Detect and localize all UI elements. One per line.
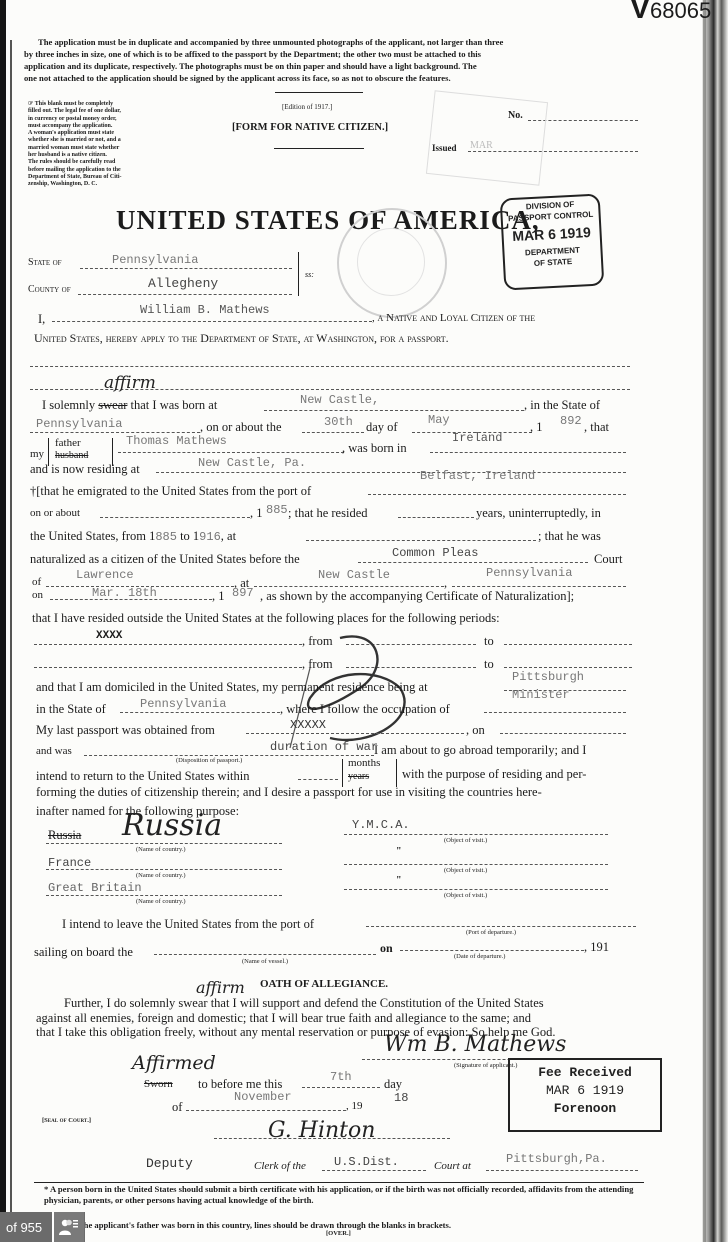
court-state-value: Pennsylvania [486, 566, 572, 580]
i-label: I, [38, 312, 45, 327]
instruction-line: one not attached to the application shou… [24, 72, 503, 84]
day-word: day [384, 1077, 402, 1092]
clerk-court-field [322, 1170, 426, 1171]
country-1-handwritten: Russia [122, 808, 222, 843]
sailing-text: sailing on board the [34, 945, 133, 960]
husband-struck: husband [55, 450, 88, 461]
stamp-date: MAR 6 1919 [503, 220, 600, 249]
deputy-label: Deputy [146, 1156, 193, 1171]
naturalization-date-value: Mar. 18th [92, 586, 157, 600]
name-of-country-label: (Name of country.) [136, 872, 186, 879]
emigration-year-value: 885 [266, 503, 288, 517]
intend-return-text: intend to return to the United States wi… [36, 769, 250, 784]
fee-received-stamp: Fee Received MAR 6 1919 Forenoon [508, 1058, 662, 1132]
that: , that [584, 420, 609, 435]
on-label: , on [466, 723, 485, 738]
stamp-date: MAR 6 1919 [510, 1082, 660, 1100]
footnote-1: * A person born in the United States sho… [44, 1184, 644, 1206]
occupation-value: Minister [512, 688, 570, 702]
scan-right-binding-line [703, 0, 706, 1242]
oath-affirm-handwritten: affirm [196, 978, 245, 997]
on-or-about: , on or about the [200, 420, 282, 435]
name-of-country-label: (Name of country.) [136, 898, 186, 905]
resided-to-value: 916 [199, 530, 221, 544]
on-text: on [32, 589, 43, 601]
footnote-2: † If the applicant's father was born in … [66, 1220, 451, 1230]
note-line: zenship, Washington, D. C. [28, 181, 122, 188]
blank-line [30, 366, 630, 367]
port-departure-field [366, 926, 636, 927]
instructions-top: The application must be in duplicate and… [24, 36, 503, 84]
abroad-text: I am about to go abroad temporarily; and… [374, 743, 586, 758]
bracket [294, 252, 299, 296]
applicant-name: William B. Mathews [140, 303, 270, 317]
country-field-3 [46, 895, 282, 896]
object-of-visit-label: (Object of visit.) [444, 867, 487, 874]
father-birthplace-field [430, 452, 626, 453]
residing-text: and is now residing at [30, 462, 140, 477]
and-was-text: and was [36, 745, 72, 757]
divider [275, 92, 363, 93]
year-19: , 19 [346, 1100, 363, 1112]
sworn-struck: Sworn [144, 1078, 173, 1090]
object-of-visit-label: (Object of visit.) [444, 892, 487, 899]
viewer-page-counter-bar: of 955 [0, 1212, 85, 1242]
county-field [78, 294, 292, 295]
note-line: in currency or postal money order, [28, 116, 122, 123]
day-of: day of [366, 420, 398, 435]
state-label: State of [28, 257, 62, 268]
last-passport-value: XXXXX [290, 718, 326, 732]
struck-text: swear [98, 398, 127, 412]
months-label: months [348, 757, 380, 769]
court-at: Court at [434, 1160, 471, 1172]
footnote-divider [34, 1182, 644, 1183]
court-city-field [254, 586, 444, 587]
he-was-text: ; that he was [538, 529, 601, 544]
object-3-value: " [396, 875, 402, 886]
to-label: to [484, 657, 494, 672]
my-label: my [30, 448, 44, 460]
naturalized-text: naturalized as a citizen of the United S… [30, 552, 300, 567]
return-period-field [298, 779, 338, 780]
object-field-3 [344, 889, 608, 890]
last-passport-field [246, 733, 464, 734]
edition-label: [Edition of 1917.] [282, 103, 332, 111]
object-field-2 [344, 864, 608, 865]
clerk-court-value: U.S.Dist. [334, 1155, 399, 1169]
outside-place-field-1 [34, 644, 302, 645]
sworn-month-field [186, 1110, 346, 1111]
year-prefix: , 1 [250, 506, 263, 521]
permanent-residence-value: Pittsburgh [512, 670, 584, 684]
stamp-text: Fee Received [510, 1064, 660, 1082]
scan-left-border [0, 0, 6, 1242]
static-text: to 1 [180, 529, 199, 543]
note-line: filled out. The legal fee of one dollar, [28, 108, 122, 115]
people-list-icon[interactable] [52, 1212, 84, 1242]
departure-date-field [400, 950, 584, 951]
country-field-2 [46, 869, 282, 870]
native-citizen-text: , a Native and Loyal Citizen of the [372, 312, 535, 324]
object-field-1 [344, 834, 608, 835]
note-line: whether she is married or not, and a [28, 137, 122, 144]
note-line: Department of State, Bureau of Citi- [28, 174, 122, 181]
birth-year-value: 892 [560, 414, 582, 428]
static-text: the United States, from 1 [30, 529, 155, 543]
note-line: married woman must state whether [28, 145, 122, 152]
country-3-value: Great Britain [48, 881, 142, 895]
clerk-location-field [486, 1170, 638, 1171]
instruction-line: application and its duplicate, respectiv… [24, 60, 503, 72]
static-text: , at [221, 529, 236, 543]
us-from-text: the United States, from 1885 to 1916, at [30, 529, 236, 544]
father-name-field [118, 452, 344, 453]
occupation-field [484, 712, 626, 713]
court-word: Court [594, 552, 622, 567]
state-value: Pennsylvania [112, 253, 198, 267]
court-county-value: Lawrence [76, 568, 134, 582]
birth-day-value: 30th [324, 415, 353, 429]
emigration-date-field [100, 517, 250, 518]
clerk-of-the: Clerk of the [254, 1160, 306, 1172]
note-line: The rules should be carefully read [28, 159, 122, 166]
side-notes: ☞ This blank must be completely filled o… [28, 101, 122, 189]
year-191: , 191 [584, 940, 609, 955]
instruction-line: The application must be in duplicate and… [24, 36, 503, 48]
object-1-value: Y.M.C.A. [352, 818, 410, 832]
in-state-of: , in the State of [524, 398, 600, 413]
residence-state-field [120, 712, 280, 713]
over-label: [OVER.] [326, 1230, 351, 1237]
duties-text: forming the duties of citizenship therei… [36, 785, 542, 800]
father-name-value: Thomas Mathews [126, 434, 227, 448]
state-field [80, 268, 292, 269]
name-of-country-label: (Name of country.) [136, 846, 186, 853]
to-field-2 [504, 667, 632, 668]
on-word: on [380, 941, 393, 956]
note-line: A woman's application must state [28, 130, 122, 137]
birthplace-value: New Castle, [300, 393, 379, 407]
birth-state-field [30, 432, 200, 433]
leave-text: I intend to leave the United States from… [62, 917, 314, 932]
clerk-location-value: Pittsburgh,Pa. [506, 1152, 607, 1166]
year-prefix: , 1 [212, 589, 225, 604]
note-line: ☞ This blank must be completely [28, 101, 122, 108]
sworn-day-value: 7th [330, 1070, 352, 1084]
ss-label: ss: [305, 270, 314, 279]
last-passport-text: My last passport was obtained from [36, 723, 215, 738]
vessel-field [154, 954, 376, 955]
county-label: County of [28, 284, 71, 295]
to-field-1 [504, 644, 632, 645]
disposition-field [84, 755, 374, 756]
year-prefix: , 1 [530, 420, 543, 435]
years-struck: years [348, 771, 369, 782]
father-birthplace-value: Ireland [452, 431, 502, 445]
father-label: father [55, 437, 81, 449]
disposition-label: (Disposition of passport.) [176, 757, 242, 764]
sworn-year-value: 18 [394, 1091, 408, 1105]
object-of-visit-label: (Object of visit.) [444, 837, 487, 844]
document-page: V68065 The application must be in duplic… [0, 0, 728, 1242]
object-2-value: " [396, 846, 402, 857]
on-or-about-2: on or about [30, 507, 80, 519]
note-line: must accompany the application. [28, 123, 122, 130]
country-2-value: France [48, 856, 91, 870]
embossed-seal-inner [357, 228, 425, 296]
serial-number: V68065 [630, 0, 711, 26]
naturalization-year-value: 897 [232, 586, 254, 600]
birthplace-field [264, 410, 524, 411]
outside-place-field-2 [34, 667, 302, 668]
oath-title: OATH OF ALLEGIANCE. [260, 978, 388, 990]
departure-date-label: (Date of departure.) [454, 953, 505, 960]
sworn-month-value: November [234, 1090, 292, 1104]
faint-department-stamp [426, 90, 548, 185]
last-passport-date-field [500, 733, 626, 734]
resided-from-value: 885 [155, 530, 177, 544]
of-text: of [32, 576, 41, 588]
static-text: that I was born at [131, 398, 218, 412]
affirmed-handwritten: Affirmed [132, 1052, 216, 1074]
passport-control-stamp: DIVISION OF PASSPORT CONTROL MAR 6 1919 … [500, 193, 605, 290]
residence-state-value: Pennsylvania [140, 697, 226, 711]
in-state-of-2: in the State of [36, 702, 106, 717]
was-born-in: , was born in [342, 441, 407, 456]
clerk-signature-field [214, 1138, 450, 1139]
oath-line-1: Further, I do solemnly swear that I will… [64, 996, 544, 1011]
years-text: years, uninterruptedly, in [476, 506, 601, 521]
stamp-text: Forenoon [510, 1100, 660, 1118]
scan-left-edge [10, 40, 12, 1240]
emigration-port-field [368, 494, 626, 495]
applicant-signature: Wm B. Mathews [384, 1032, 566, 1057]
document-title: UNITED STATES OF AMERICA, [116, 205, 540, 236]
birth-day-field [302, 432, 364, 433]
seal-label: [Seal of Court.] [42, 1117, 91, 1124]
static-text: I solemnly [42, 398, 95, 412]
sworn-day-field [302, 1087, 380, 1088]
emigrated-text: †[that he emigrated to the United States… [30, 484, 311, 499]
affirm-handwritten: affirm [104, 373, 156, 393]
name-field [52, 321, 372, 322]
occupation-text: , where I follow the occupation of [280, 702, 450, 717]
bracket [392, 759, 397, 787]
court-state-field [452, 586, 626, 587]
birth-month-value: May [428, 413, 450, 427]
court-city-value: New Castle [318, 568, 390, 582]
bracket [342, 759, 347, 787]
resided-at-field [306, 540, 536, 541]
court-field [358, 562, 588, 563]
resided-outside-text: that I have resided outside the United S… [32, 611, 500, 626]
to-label: to [484, 634, 494, 649]
emigration-port-value: Belfast, Ireland [420, 469, 535, 483]
domiciled-text: and that I am domiciled in the United St… [36, 680, 428, 695]
country-struck: Russia [48, 828, 81, 843]
duration-value: duration of war [270, 740, 378, 754]
county-value: Allegheny [148, 276, 218, 291]
apply-text: United States, hereby apply to the Depar… [34, 331, 449, 346]
court-name-value: Common Pleas [392, 546, 478, 560]
country-field-1 [46, 843, 282, 844]
vessel-label: (Name of vessel.) [242, 958, 288, 965]
page-count: of 955 [0, 1220, 52, 1235]
outside-place-1: XXXX [96, 630, 122, 642]
divider [274, 148, 364, 149]
father-residence-field [156, 472, 626, 473]
born-line: I solemnly swear that I was born at [42, 398, 217, 413]
note-line: before mailing the application to the [28, 167, 122, 174]
birth-state-value: Pennsylvania [36, 417, 122, 431]
of-word: of [172, 1100, 182, 1115]
certificate-text: , as shown by the accompanying Certifica… [260, 589, 574, 604]
form-type: [FORM FOR NATIVE CITIZEN.] [232, 122, 388, 133]
purpose-text: with the purpose of residing and per- [402, 767, 586, 782]
port-departure-label: (Port of departure.) [466, 929, 516, 936]
instruction-line: by three inches in size, one of which is… [24, 48, 503, 60]
clerk-signature: G. Hinton [268, 1118, 375, 1143]
resided-text: ; that he resided [288, 506, 368, 521]
note-line: her husband is a native citizen. [28, 152, 122, 159]
oath-line-2: against all enemies, foreign and domesti… [36, 1011, 531, 1026]
years-resided-field [398, 517, 474, 518]
father-residence-value: New Castle, Pa. [198, 456, 306, 470]
